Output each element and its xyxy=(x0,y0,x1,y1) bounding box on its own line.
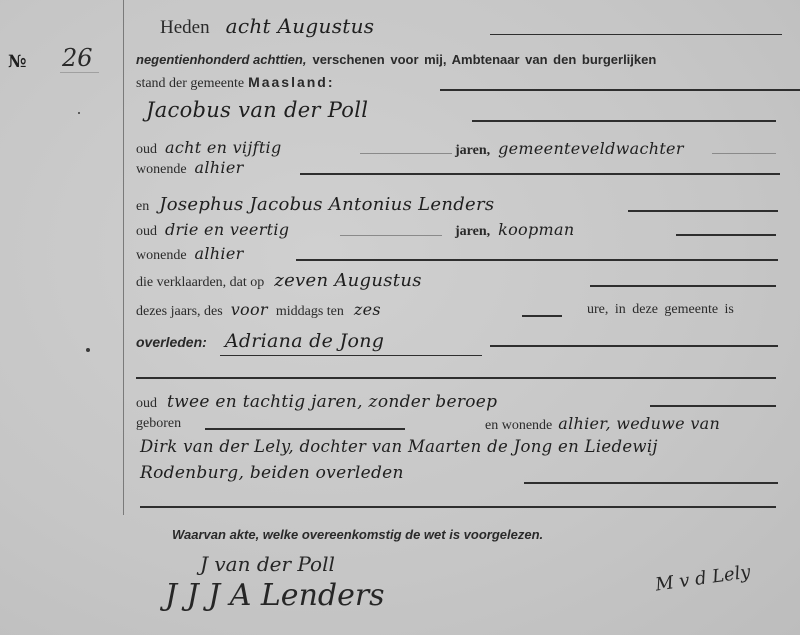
verschenen-text: verschenen voor mij, Ambtenaar van den b… xyxy=(312,52,656,67)
hour: zes xyxy=(354,300,381,319)
details-line2: Rodenburg, beiden overleden xyxy=(140,463,404,483)
fill-rule xyxy=(628,210,778,212)
fill-rule xyxy=(205,428,405,430)
line-details-1: Dirk van der Lely, dochter van Maarten d… xyxy=(140,437,658,459)
time-of-day: voor xyxy=(231,300,268,319)
wonende-label: wonende xyxy=(136,248,187,263)
line-closing: Waarvan akte, welke overeenkomstig de we… xyxy=(172,526,543,548)
fill-rule xyxy=(522,315,562,317)
year-text: negentienhonderd achttien, xyxy=(136,52,306,67)
line-declarant2-name: en Josephus Jacobus Antonius Lenders xyxy=(136,194,494,216)
line-ure: ure, in deze gemeente is xyxy=(587,300,734,322)
fill-rule xyxy=(220,355,482,356)
fill-rule xyxy=(340,235,442,236)
declarant1-name: Jacobus van der Poll xyxy=(146,98,368,122)
middags-text: middags ten xyxy=(276,304,344,319)
record-number-label: № xyxy=(8,52,26,72)
line-death-date: die verklaarden, dat op zeven Augustus xyxy=(136,270,422,292)
record-number-value: 26 xyxy=(60,44,99,73)
fill-rule xyxy=(296,259,778,261)
civil-record-page: № 26 Heden acht Augustus negentienhonder… xyxy=(0,0,800,635)
en-wonende-label: en wonende xyxy=(485,418,552,433)
geboren-label: geboren xyxy=(136,416,181,431)
line-wonende: en wonende alhier, weduwe van xyxy=(485,414,720,436)
fill-rule xyxy=(524,482,778,484)
line-deceased-age: oud twee en tachtig jaren, zonder beroep xyxy=(136,392,497,414)
declarant1-occupation: gemeenteveldwachter xyxy=(498,139,684,158)
oud-label: oud xyxy=(136,224,157,239)
residence-start: alhier, weduwe van xyxy=(558,414,720,433)
deceased-age-occupation: twee en tachtig jaren, zonder beroep xyxy=(167,392,497,412)
fill-rule xyxy=(590,285,776,287)
line-declarant2-occupation: jaren, koopman xyxy=(455,220,574,242)
line-time: dezes jaars, des voor middags ten zes xyxy=(136,300,381,322)
heden-label: Heden xyxy=(160,17,210,38)
jaren-label: jaren, xyxy=(455,224,490,239)
fill-rule xyxy=(440,89,800,91)
margin-rule xyxy=(123,0,124,515)
signature-2: J J J A Lenders xyxy=(165,578,385,613)
line-declarant1-age: oud acht en vijftig xyxy=(136,138,282,160)
declarant2-age: drie en veertig xyxy=(165,220,289,239)
line-deceased: overleden: Adriana de Jong xyxy=(136,330,384,352)
declarant2-occupation: koopman xyxy=(498,220,574,239)
line-declarant2-residence: wonende alhier xyxy=(136,244,244,266)
line-declarant1-name: Jacobus van der Poll xyxy=(146,98,368,120)
signature-3: M v d Lely xyxy=(654,561,752,595)
fill-rule xyxy=(650,405,776,407)
fill-rule xyxy=(360,153,452,154)
line-year: negentienhonderd achttien, verschenen vo… xyxy=(136,51,656,73)
fill-rule xyxy=(472,120,776,122)
stand-text: stand der gemeente xyxy=(136,76,244,91)
ure-text: ure, in deze gemeente is xyxy=(587,302,734,317)
verklaarden-text: die verklaarden, dat op xyxy=(136,275,264,290)
municipality: Maasland: xyxy=(248,74,334,90)
fill-rule xyxy=(712,153,776,154)
ink-speck xyxy=(78,112,80,114)
oud-label: oud xyxy=(136,142,157,157)
details-line1: Dirk van der Lely, dochter van Maarten d… xyxy=(140,437,658,456)
fill-rule xyxy=(490,34,782,35)
overleden-label: overleden: xyxy=(136,334,207,350)
line-declarant2-age: oud drie en veertig xyxy=(136,220,289,242)
declarant1-residence: alhier xyxy=(195,158,244,177)
fill-rule xyxy=(140,506,776,508)
wonende-label: wonende xyxy=(136,162,187,177)
line-geboren: geboren xyxy=(136,414,181,436)
line-details-2: Rodenburg, beiden overleden xyxy=(140,463,404,485)
fill-rule xyxy=(300,173,780,175)
deceased-name: Adriana de Jong xyxy=(225,330,384,352)
closing-text: Waarvan akte, welke overeenkomstig de we… xyxy=(172,527,543,542)
fill-rule xyxy=(676,234,776,236)
jaren-label: jaren, xyxy=(455,143,490,158)
ink-speck xyxy=(86,348,90,352)
en-label: en xyxy=(136,199,149,214)
line-heden: Heden acht Augustus xyxy=(160,14,374,36)
fill-rule xyxy=(136,377,776,379)
signature-1: J van der Poll xyxy=(200,552,335,576)
line-declarant1-occupation: jaren, gemeenteveldwachter xyxy=(455,139,684,161)
fill-rule xyxy=(490,345,778,347)
declarant2-name: Josephus Jacobus Antonius Lenders xyxy=(159,194,494,215)
dezes-text: dezes jaars, des xyxy=(136,304,223,319)
declarant2-residence: alhier xyxy=(195,244,244,263)
heden-value: acht Augustus xyxy=(226,14,375,38)
line-stand: stand der gemeente Maasland: xyxy=(136,74,335,96)
death-date: zeven Augustus xyxy=(274,270,421,291)
oud-label: oud xyxy=(136,396,157,411)
line-declarant1-residence: wonende alhier xyxy=(136,158,244,180)
declarant1-age: acht en vijftig xyxy=(165,138,282,157)
